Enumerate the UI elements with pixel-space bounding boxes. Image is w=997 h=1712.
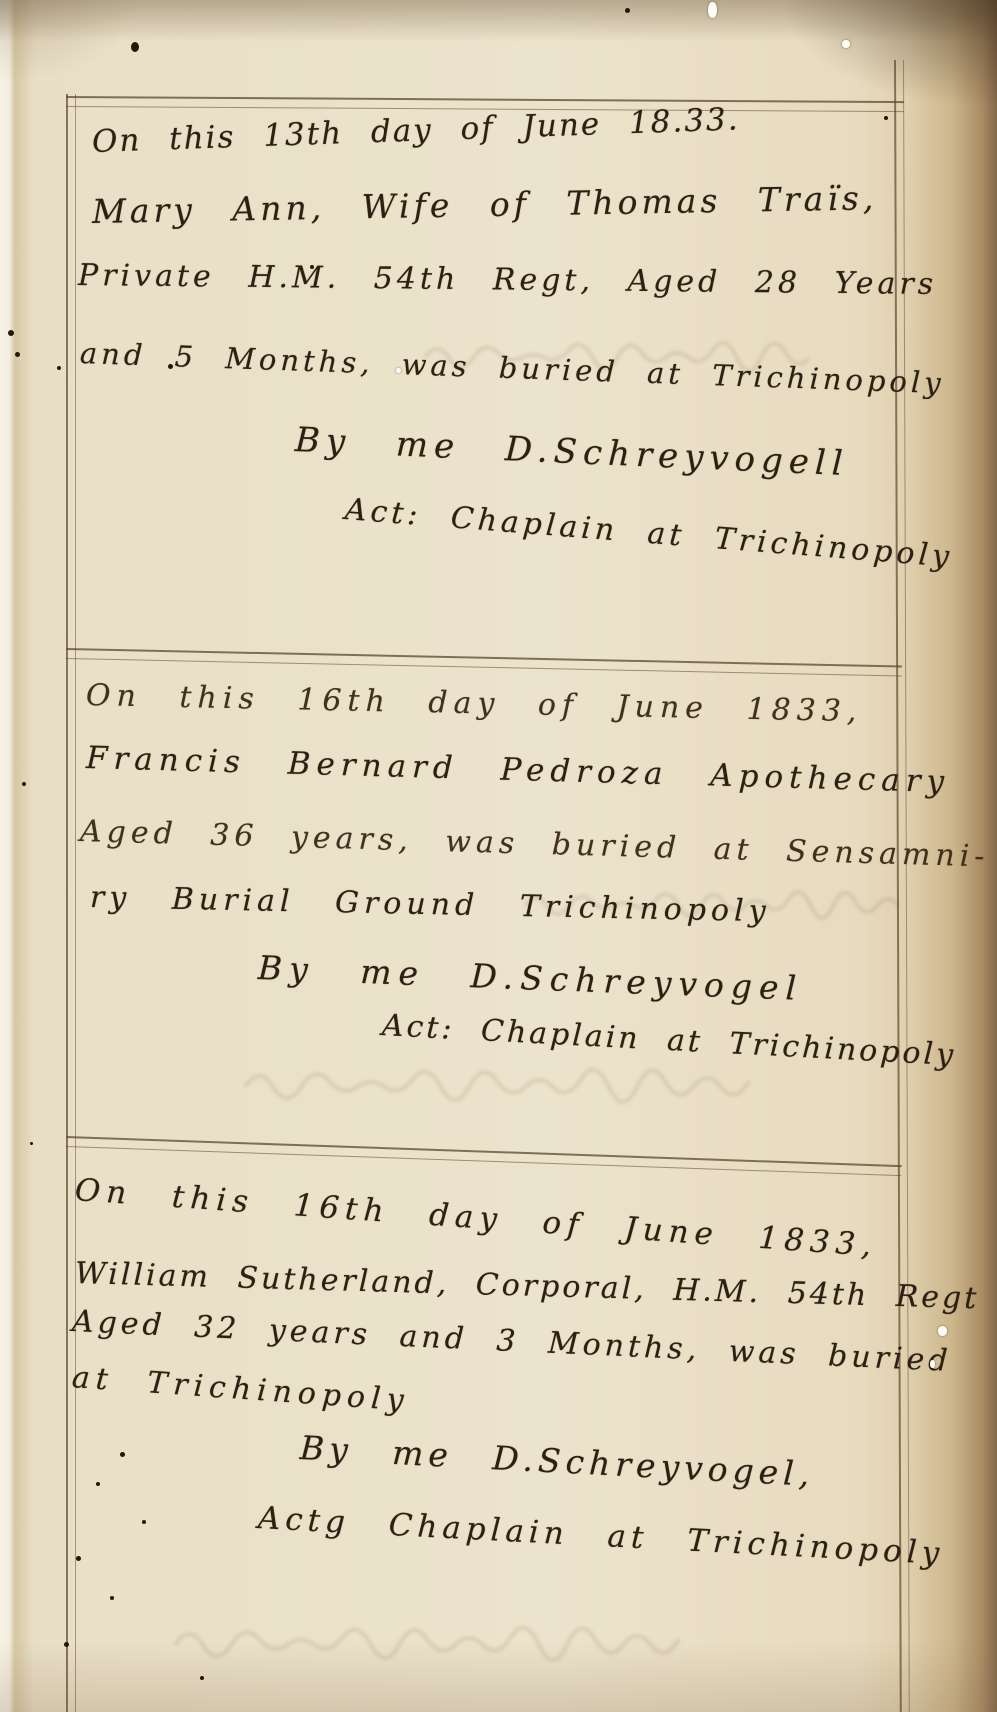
entry-line: Aged 32 years and 3 Months, was buried [71,1304,952,1379]
entry-separator-2 [66,1136,902,1176]
paper-hole [930,1360,935,1368]
paper-hole [396,368,401,373]
entry-line: Francis Bernard Pedroza Apothecary [85,740,950,800]
register-page-photo: On this 13th day of June 18.33. Mary Ann… [0,0,997,1712]
ink-speck [57,366,61,370]
entry-line: Private H.M. 54th Regt, Aged 28 Years [78,258,938,302]
ink-speck [8,330,14,336]
chaplain-line: Act: Chaplain at Trichinopoly [344,492,955,575]
ink-speck [110,1596,114,1600]
ink-speck [200,1676,204,1680]
chaplain-line: Actg Chaplain at Trichinopoly [257,1500,945,1572]
ink-speck [310,265,314,269]
entry-line: On this 16th day of June 1833, [86,678,863,729]
paper-hole [938,1326,947,1336]
ink-speck [142,1520,146,1524]
entry-line: William Sutherland, Corporal, H.M. 54th … [75,1256,980,1316]
ink-speck [76,1556,81,1561]
ink-speck [168,364,173,369]
entry-line: On this 13th day of June 18.33. [91,101,740,160]
signature-line: By me D.Schreyvogel, [299,1428,815,1494]
ink-showthrough [170,1610,730,1670]
signature-line: By me D.Schreyvogell [294,420,849,484]
ink-speck [96,1482,100,1486]
entry-line: Mary Ann, Wife of Thomas Traïs, [92,178,878,231]
ink-showthrough [240,1052,800,1112]
entry-line: Aged 36 years, was buried at Sensamni- [80,814,990,874]
entry-line: at Trichinopoly [71,1360,411,1419]
paper-hole [842,40,850,48]
entry-line: On this 16th day of June 1833, [74,1172,879,1264]
ink-speck [64,1642,69,1647]
paper-hole [708,2,717,18]
ink-speck [22,782,26,786]
ruled-border-left [66,94,76,1712]
ink-speck [120,1452,125,1457]
signature-line: By me D.Schreyvogel [257,948,804,1008]
ink-speck [15,352,20,357]
ink-speck [884,116,888,120]
ink-speck [625,8,630,13]
entry-separator-1 [66,648,902,677]
ink-speck [131,42,139,52]
ink-speck [30,1142,33,1145]
